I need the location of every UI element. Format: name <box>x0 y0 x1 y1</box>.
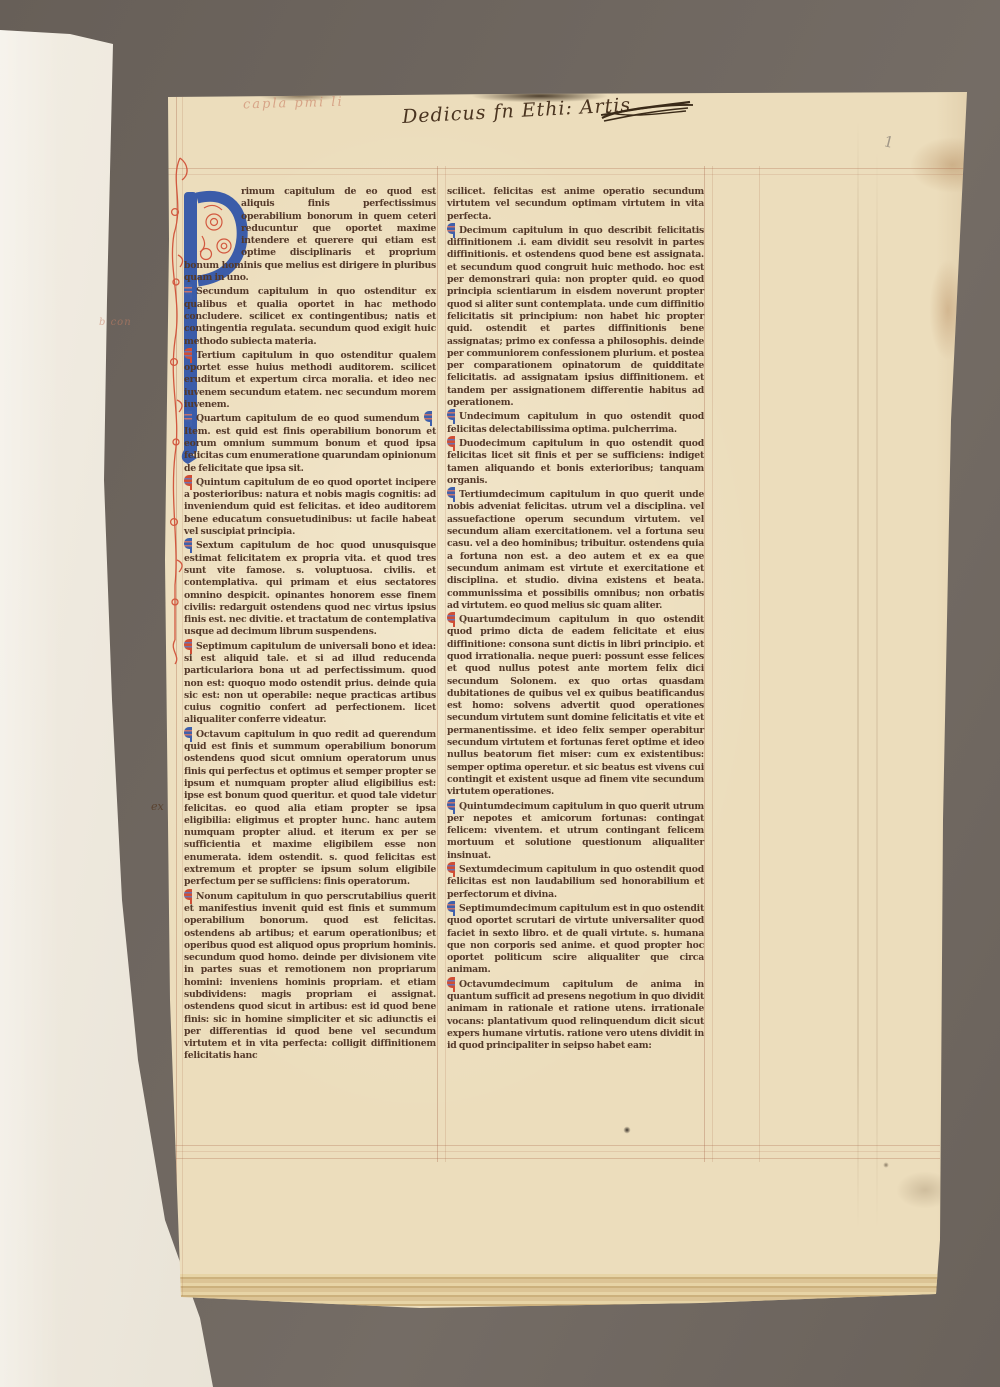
chapter-entry: Quintum capitulum de eo quod oportet inc… <box>184 475 436 538</box>
paraph-mark <box>447 223 455 234</box>
paraph-mark <box>447 799 455 810</box>
chapter-entry: Sextumdecimum capitulum in quo ostendit … <box>447 862 704 901</box>
chapter-entry: Sextum capitulum de hoc quod unusquisque… <box>184 538 436 638</box>
chapter-entry: Nonum capitulum in quo perscrutabilius q… <box>184 889 436 1063</box>
ruling-line <box>112 1158 940 1159</box>
parchment-crease <box>857 120 859 1230</box>
chapter-entry: Quartumdecimum capitulum in quo ostendit… <box>447 612 704 798</box>
chapter-entry: Septimumdecimum capitulum est in quo ost… <box>447 901 704 977</box>
chapter-entry: Octavum capitulum in quo redit ad queren… <box>184 727 436 889</box>
paraph-mark <box>184 284 192 295</box>
ruling-line <box>704 166 705 1162</box>
chapter-entry: Decimum capitulum in quo describit felic… <box>447 223 704 409</box>
paraph-mark <box>184 889 192 900</box>
manuscript-photo: capla pmi li Dedicus fn Ethi: Artis 1 b … <box>0 0 1000 1387</box>
page-edge-stack <box>170 1274 940 1306</box>
margin-note: b con <box>99 317 132 328</box>
ruling-line <box>112 1145 940 1146</box>
paraph-mark <box>184 727 192 738</box>
ruling-line <box>759 166 760 1162</box>
text-column-left: rimum capitulum de eo quod est aliquis f… <box>184 186 436 1063</box>
ruling-line <box>112 1151 940 1152</box>
paraph-mark <box>184 475 192 486</box>
paraph-mark <box>447 409 455 420</box>
paraph-mark <box>447 901 455 912</box>
text-column-right: scilicet. felicitas est anime operatio s… <box>447 186 704 1052</box>
paraph-mark <box>447 487 455 498</box>
chapter-entry: Quintumdecimum capitulum in quo querit u… <box>447 799 704 862</box>
chapter-entry: Tertium capitulum in quo ostenditur qual… <box>184 348 436 411</box>
chapter-entry: Secundum capitulum in quo ostenditur ex … <box>184 284 436 347</box>
chapter-entry: Duodecimum capitulum in quo ostendit quo… <box>447 436 704 487</box>
paraph-mark <box>447 436 455 447</box>
scratched-out-word <box>598 96 698 126</box>
chapter-entry: Septimum capitulum de universali bono et… <box>184 639 436 727</box>
paraph-mark <box>184 639 192 650</box>
chapter-entry: Tertiumdecimum capitulum in quo querit u… <box>447 487 704 612</box>
paraph-mark <box>184 411 192 422</box>
paraph-mark <box>424 411 432 422</box>
chapter-entry: rimum capitulum de eo quod est aliquis f… <box>184 186 436 284</box>
ruling-line <box>445 166 446 1162</box>
chapter-entry: Octavumdecimum capitulum de anima in qua… <box>447 977 704 1053</box>
ruling-line <box>437 166 438 1162</box>
margin-note: ex <box>151 800 164 813</box>
ruling-line <box>140 168 966 169</box>
paraph-mark <box>447 612 455 623</box>
chapter-entry: scilicet. felicitas est anime operatio s… <box>447 186 704 223</box>
initial-letter-spacer <box>184 186 241 250</box>
paraph-mark <box>447 977 455 988</box>
paraph-mark <box>184 538 192 549</box>
chapter-entry: Undecimum capitulum in quo ostendit quod… <box>447 409 704 436</box>
faded-red-shelf-note: capla pmi li <box>243 95 344 113</box>
paraph-mark <box>447 862 455 873</box>
parchment-crease <box>876 150 878 1230</box>
ruling-line <box>712 166 713 1162</box>
ruling-line <box>140 174 966 175</box>
chapter-entry: Quartum capitulum de eo quod sumendum It… <box>184 411 436 474</box>
paraph-mark <box>184 348 192 359</box>
